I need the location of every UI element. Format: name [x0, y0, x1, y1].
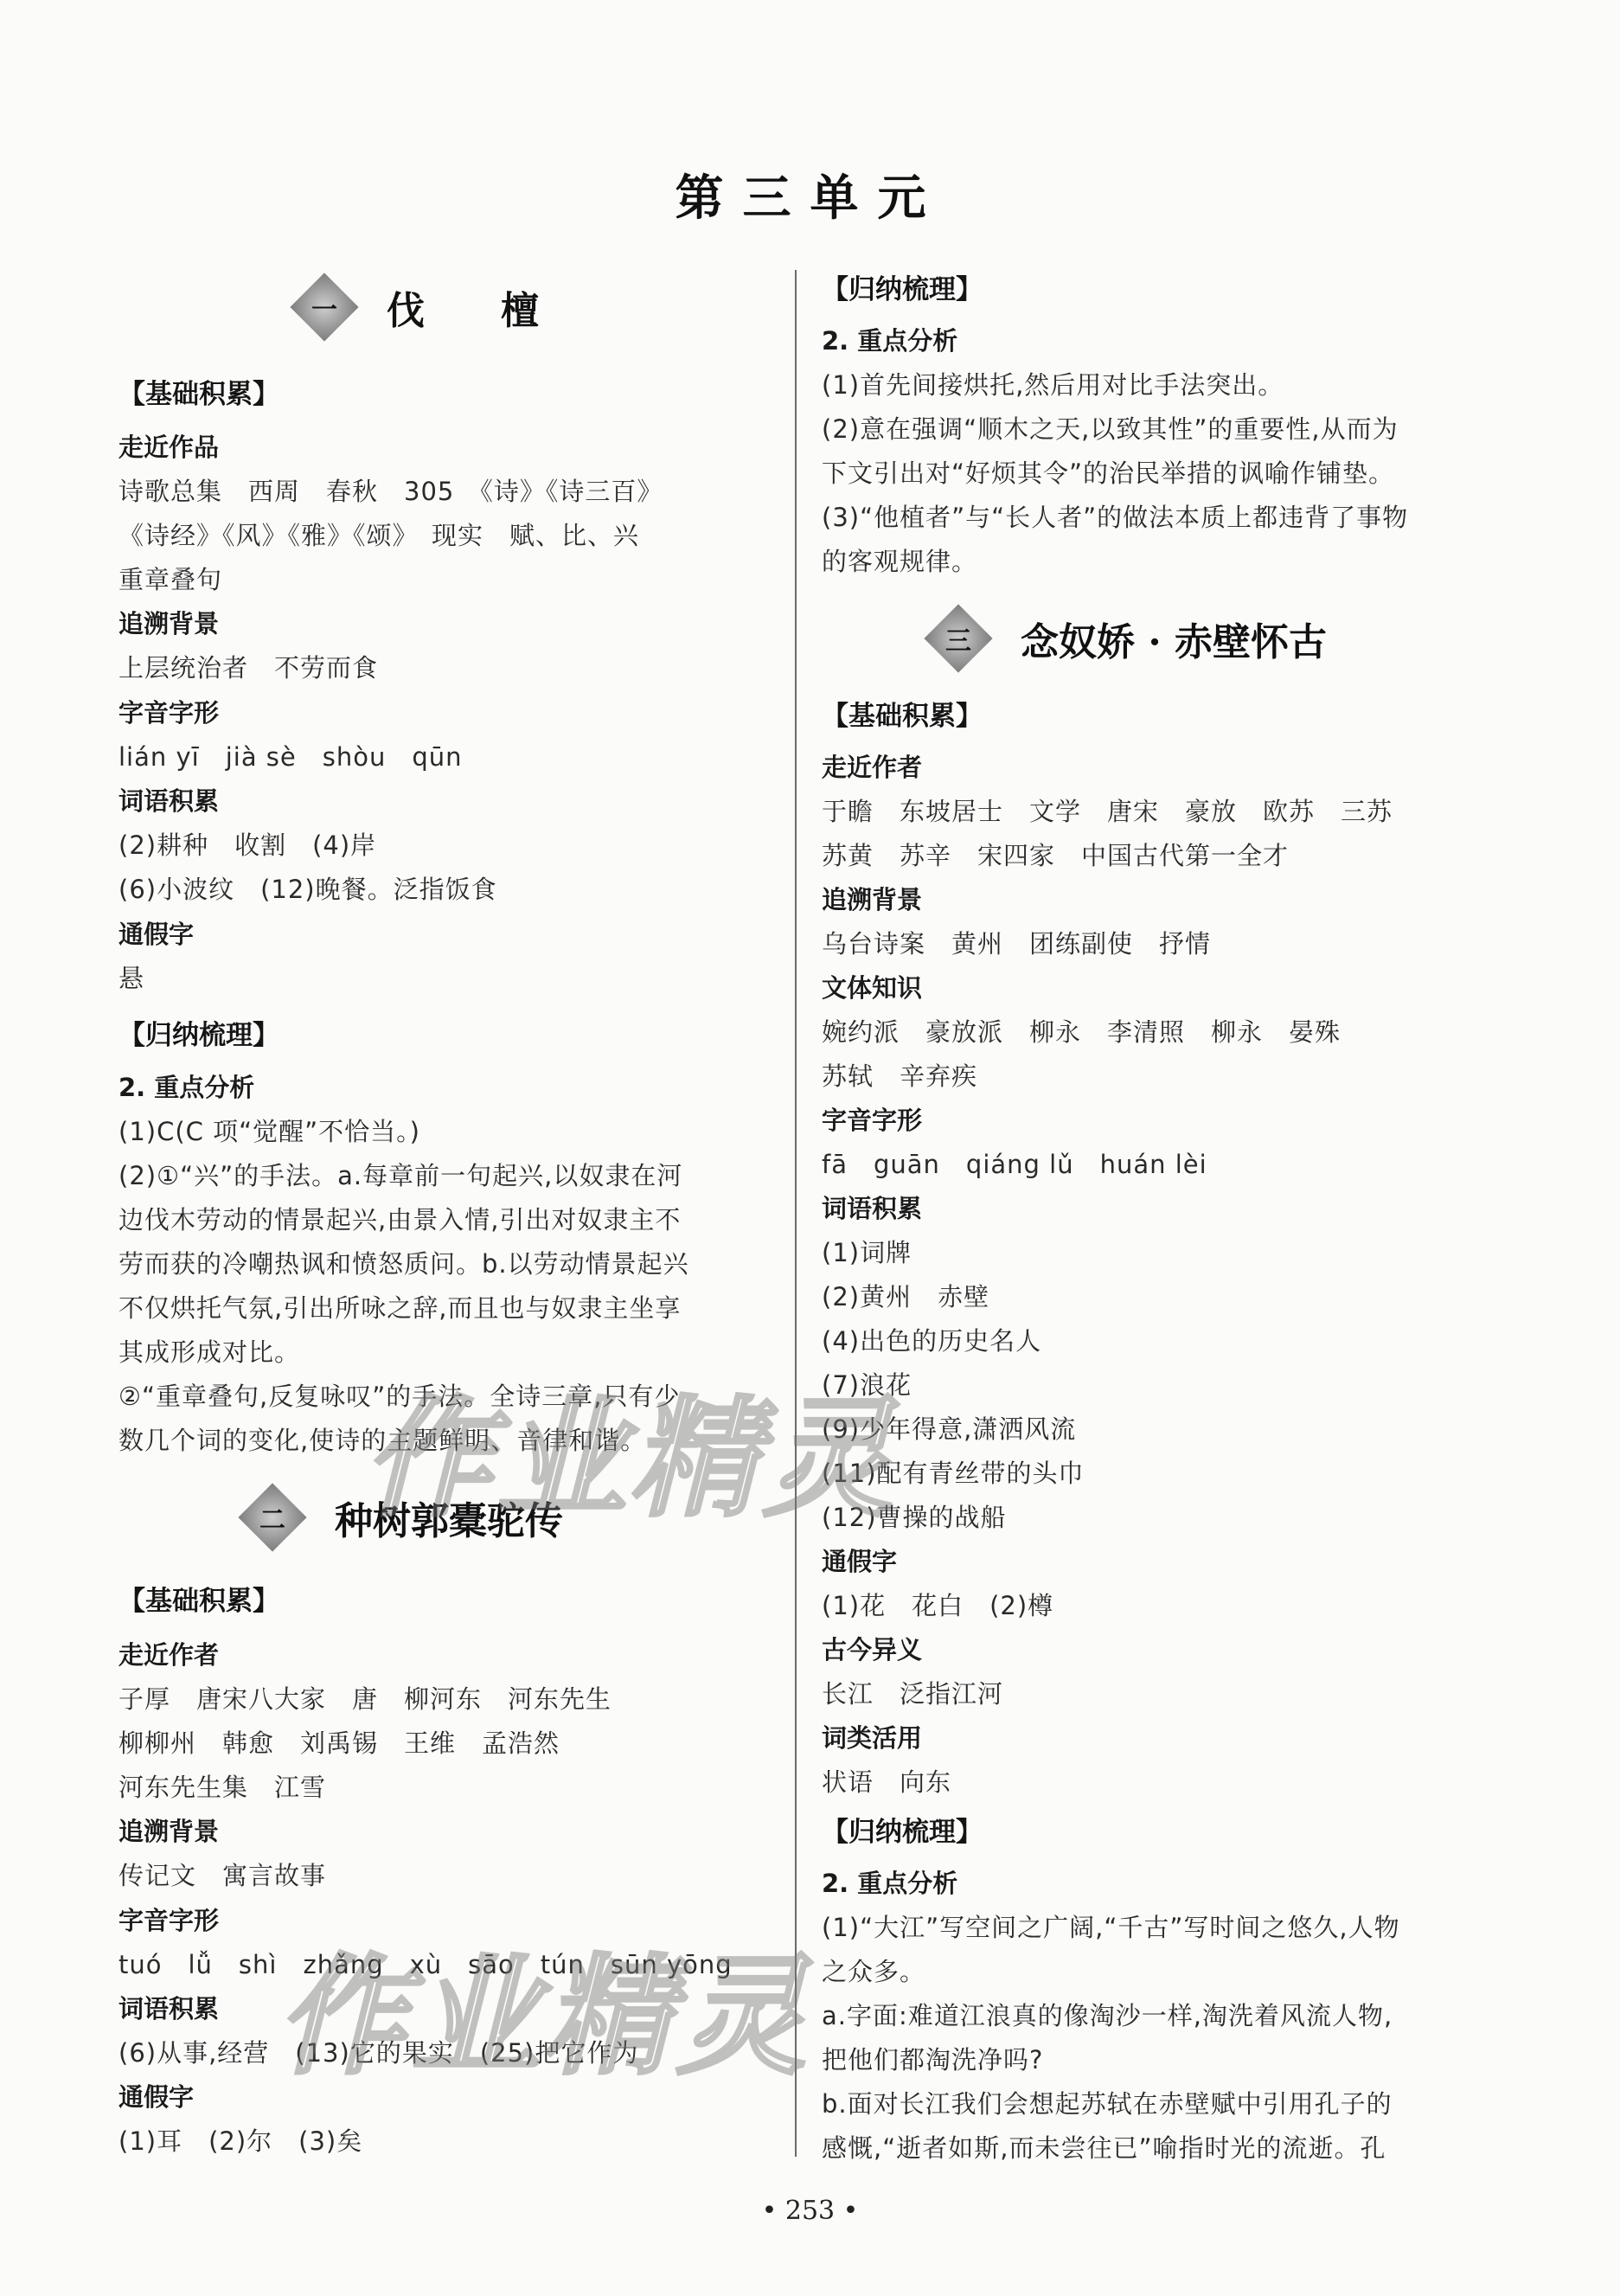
subheading-vocabulary: 词语积累: [822, 1191, 922, 1226]
section-header-3: 三 念奴娇 · 赤壁怀古: [934, 611, 1327, 666]
subheading-genre: 文体知识: [822, 971, 922, 1005]
basic-accumulation-heading: 【基础积累】: [118, 377, 279, 412]
subheading-analysis: 2. 重点分析: [118, 1070, 254, 1105]
text-line: a.字面:难道江浪真的像淘沙一样,淘洗着风流人物,: [822, 1998, 1393, 2033]
text-line: (2)耕种 收割 (4)岸: [118, 828, 376, 863]
subheading-background: 追溯背景: [822, 882, 922, 917]
column-divider: [795, 270, 797, 2157]
basic-accumulation-heading: 【基础积累】: [822, 699, 983, 734]
subheading-background: 追溯背景: [118, 1814, 219, 1849]
text-line: 不仅烘托气氛,引出所咏之辞,而且也与奴隶主坐享: [118, 1291, 681, 1325]
subheading-tongjia: 通假字: [822, 1544, 897, 1579]
text-line: (11)配有青丝带的头巾: [822, 1456, 1085, 1491]
text-line: 上层统治者 不劳而食: [118, 651, 378, 685]
text-line: 诗歌总集 西周 春秋 305 《诗》《诗三百》: [118, 474, 663, 509]
section-header-2: 二 种树郭橐驼传: [248, 1490, 563, 1545]
text-line: tuó lǚ shì zhǎng xù sāo tún sūn yōng: [118, 1947, 733, 1982]
text-line: 劳而获的冷嘲热讽和愤怒质问。b.以劳动情景起兴: [118, 1247, 689, 1281]
subheading-gujin: 古今异义: [822, 1632, 922, 1667]
text-line: 感慨,“逝者如斯,而未尝往已”喻指时光的流逝。孔: [822, 2131, 1386, 2165]
text-line: (12)曹操的战船: [822, 1500, 1007, 1535]
text-line: (2)①“兴”的手法。a.每章前一句起兴,以奴隶在河: [118, 1158, 682, 1193]
section-header-1: 一 伐 檀: [300, 279, 539, 335]
page-title: 第三单元: [0, 160, 1620, 229]
summary-heading: 【归纳梳理】: [118, 1018, 279, 1053]
subheading-author: 走近作者: [118, 1638, 219, 1672]
text-line: 的客观规律。: [822, 544, 977, 579]
text-line: (1)耳 (2)尔 (3)矣: [118, 2124, 362, 2158]
text-line: 苏轼 辛弃疾: [822, 1059, 977, 1093]
text-line: 河东先生集 江雪: [118, 1770, 326, 1805]
section-title: 伐 檀: [387, 279, 539, 335]
text-line: (1)C(C 项“觉醒”不恰当。): [118, 1114, 420, 1149]
subheading-analysis: 2. 重点分析: [822, 1866, 957, 1901]
text-line: 苏黄 苏辛 宋四家 中国古代第一全才: [822, 838, 1289, 873]
text-line: 把他们都淘洗净吗?: [822, 2043, 1043, 2077]
text-line: ②“重章叠句,反复咏叹”的手法。全诗三章,只有少: [118, 1379, 680, 1414]
text-line: 数几个词的变化,使诗的主题鲜明、音律和谐。: [118, 1423, 646, 1458]
text-line: b.面对长江我们会想起苏轼在赤壁赋中引用孔子的: [822, 2087, 1393, 2121]
subheading-pronunciation: 字音字形: [118, 1903, 219, 1938]
text-line: 《诗经》《风》《雅》《颂》 现实 赋、比、兴: [118, 518, 639, 553]
text-line: (1)“大江”写空间之广阔,“千古”写时间之悠久,人物: [822, 1910, 1400, 1945]
text-line: fā guān qiáng lǔ huán lèi: [822, 1147, 1207, 1182]
text-line: 于瞻 东坡居士 文学 唐宋 豪放 欧苏 三苏: [822, 794, 1393, 829]
subheading-background: 追溯背景: [118, 606, 219, 641]
text-line: (1)词牌: [822, 1235, 912, 1270]
text-line: 其成形成对比。: [118, 1335, 300, 1369]
text-line: 婉约派 豪放派 柳永 李清照 柳永 晏殊: [822, 1015, 1341, 1049]
text-line: 乌台诗案 黄州 团练副使 抒情: [822, 927, 1211, 961]
section-number-diamond-icon: 一: [290, 273, 358, 341]
subheading-tongjia: 通假字: [118, 917, 194, 952]
section-number-diamond-icon: 二: [238, 1483, 306, 1551]
summary-heading: 【归纳梳理】: [822, 273, 983, 307]
text-line: 子厚 唐宋八大家 唐 柳河东 河东先生: [118, 1682, 612, 1716]
text-line: lián yī jià sè shòu qūn: [118, 740, 463, 774]
section-number-diamond-icon: 三: [924, 604, 992, 672]
text-line: (4)出色的历史名人: [822, 1324, 1041, 1358]
section-title: 种树郭橐驼传: [335, 1490, 563, 1545]
text-line: 柳柳州 韩愈 刘禹锡 王维 孟浩然: [118, 1726, 560, 1760]
text-line: (1)首先间接烘托,然后用对比手法突出。: [822, 368, 1284, 402]
subheading-author: 走近作者: [822, 750, 922, 785]
subheading-vocabulary: 词语积累: [118, 1991, 219, 2026]
subheading-works: 走近作品: [118, 430, 219, 465]
text-line: (7)浪花: [822, 1368, 912, 1402]
text-line: 状语 向东: [822, 1765, 951, 1799]
subheading-pronunciation: 字音字形: [822, 1103, 922, 1138]
page-number: • 253 •: [0, 2196, 1620, 2226]
section-title: 念奴娇 · 赤壁怀古: [1021, 611, 1327, 666]
subheading-cilei: 词类活用: [822, 1721, 922, 1755]
text-line: 边伐木劳动的情景起兴,由景入情,引出对奴隶主不: [118, 1203, 681, 1237]
watermark: 作业精灵: [277, 1912, 810, 2099]
text-line: 之众多。: [822, 1954, 925, 1989]
text-line: (3)“他植者”与“长人者”的做法本质上都违背了事物: [822, 500, 1408, 535]
text-line: 传记文 寓言故事: [118, 1858, 326, 1893]
subheading-vocabulary: 词语积累: [118, 784, 219, 818]
subheading-tongjia: 通假字: [118, 2080, 194, 2114]
subheading-pronunciation: 字音字形: [118, 696, 219, 730]
text-line: (2)黄州 赤壁: [822, 1279, 989, 1314]
text-line: (6)从事,经营 (13)它的果实 (25)把它作为: [118, 2036, 638, 2070]
subheading-analysis: 2. 重点分析: [822, 324, 957, 358]
text-line: 长江 泛指江河: [822, 1677, 1003, 1711]
text-line: 悬: [118, 961, 144, 996]
text-line: 下文引出对“好烦其令”的治民举措的讽喻作铺垫。: [822, 456, 1394, 491]
text-line: 重章叠句: [118, 562, 222, 597]
text-line: (6)小波纹 (12)晚餐。泛指饭食: [118, 872, 497, 907]
summary-heading: 【归纳梳理】: [822, 1815, 983, 1850]
text-line: (9)少年得意,潇洒风流: [822, 1412, 1076, 1446]
basic-accumulation-heading: 【基础积累】: [118, 1584, 279, 1619]
text-line: (2)意在强调“顺木之天,以致其性”的重要性,从而为: [822, 412, 1399, 446]
text-line: (1)花 花白 (2)樽: [822, 1588, 1053, 1623]
